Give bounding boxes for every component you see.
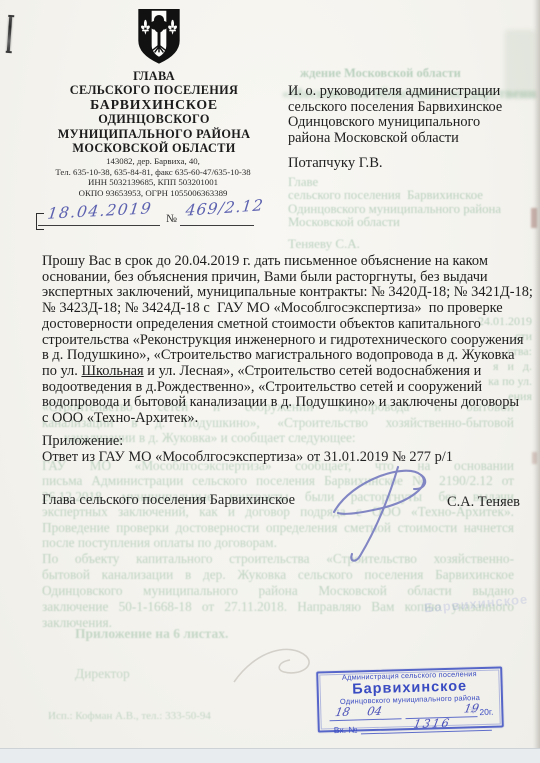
incoming-registration-stamp: Администрация сельского поселения Барвих…	[316, 666, 504, 732]
handwritten-outgoing-number: 469/2.12	[185, 196, 265, 219]
bleed-executor: Исп.: Кофман А.В., тел.: 333-50-94	[48, 710, 211, 722]
bleed-addressee-ghost-name: Теняеву С.А.	[288, 236, 360, 252]
stamp-reg-label: Вх. №	[334, 725, 358, 736]
stamp-year-suffix: г.	[489, 707, 494, 717]
letterhead-org-name: ГЛАВАСЕЛЬСКОГО ПОСЕЛЕНИЯБАРВИХИНСКОЕОДИН…	[13, 69, 295, 155]
staple-icon	[7, 16, 13, 52]
signature-scribble	[318, 458, 452, 568]
scan-edge-shadow	[532, 0, 540, 763]
bleed-header-line: ждение Московской области	[300, 66, 535, 81]
scan-bottom-band	[0, 748, 540, 763]
stamp-year-prefix: 20	[479, 707, 489, 717]
number-underline	[180, 224, 254, 226]
scanned-letter-page: ждение Московской области «Московская об…	[0, 0, 540, 763]
handwritten-outgoing-date: 18.04.2019	[46, 199, 153, 222]
addressee-name: Потапчуку Г.В.	[288, 155, 383, 172]
addressee-block: И. о. руководителя администрациисельског…	[288, 84, 523, 146]
date-underline	[38, 224, 160, 226]
letter-body: Прошу Вас в срок до 20.04.2019 г. дать п…	[42, 254, 520, 427]
stamp-handwritten-reg-number: 1316	[412, 716, 452, 731]
signatory-position: Глава сельского поселения Барвихинское	[42, 492, 295, 509]
bleed-addressee-ghost: Главесельского поселения БарвихинскоеОди…	[288, 176, 501, 230]
signatory-name: С.А. Теняев	[447, 494, 520, 511]
stamp-handwritten-year: 19	[463, 701, 480, 715]
number-sign-label: №	[166, 213, 177, 225]
bleed-paragraph-1d: после поступления оплаты по договорам.	[42, 535, 277, 551]
attachment-label: Приложение:	[42, 433, 123, 450]
coat-of-arms-icon	[137, 8, 181, 66]
bleed-director: Директор	[75, 666, 130, 682]
corner-bracket-mark	[36, 213, 44, 230]
stamp-handwritten-month: 04	[366, 704, 383, 718]
stamp-handwritten-day: 18	[334, 705, 351, 719]
bleed-attachment-note: Приложение на 6 листах.	[75, 626, 228, 642]
letterhead-contact-info: 143082, дер. Барвиха, 40,Тел. 635-10-38,…	[8, 156, 298, 198]
